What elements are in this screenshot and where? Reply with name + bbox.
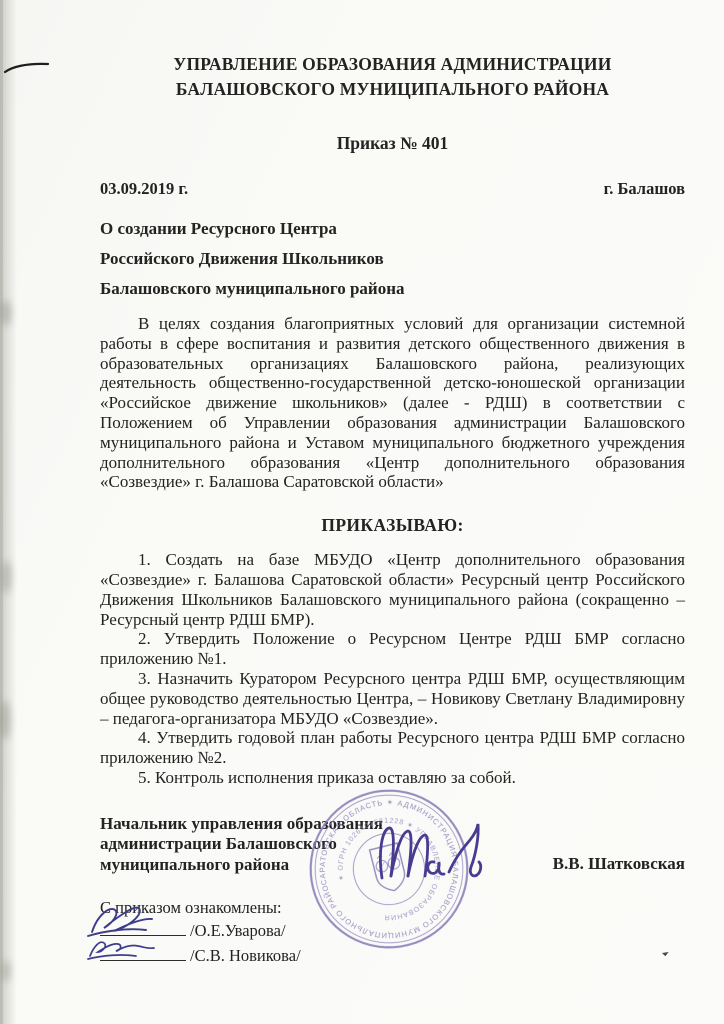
order-item-2: 2. Утвердить Положение о Ресурсном Центр… (100, 629, 685, 669)
scan-blotch (0, 700, 10, 740)
signer-name: В.В. Шатковская (553, 854, 685, 875)
date-row: 03.09.2019 г. г. Балашов (100, 178, 685, 200)
acknowledger-name: /С.В. Новикова/ (190, 946, 301, 965)
chief-signature (372, 810, 492, 902)
subject-line: Российского Движения Школьников (100, 244, 685, 274)
document-page: УПРАВЛЕНИЕ ОБРАЗОВАНИЯ АДМИНИСТРАЦИИ БАЛ… (0, 0, 724, 1024)
acknowledger-name: /О.Е.Уварова/ (190, 921, 286, 940)
scan-blotch (2, 960, 10, 982)
org-line-2: БАЛАШОВСКОГО МУНИЦИПАЛЬНОГО РАЙОНА (100, 77, 685, 102)
subject-line: Балашовского муниципального района (100, 274, 685, 304)
scan-edge-band (0, 0, 17, 1024)
pen-mark-artifact (2, 55, 54, 79)
document-city: г. Балашов (604, 178, 685, 200)
scan-blotch (2, 560, 11, 594)
preamble-paragraph: В целях создания благоприятных условий д… (100, 314, 685, 492)
scan-blotch (1, 300, 11, 326)
order-item-4: 4. Утвердить годовой план работы Ресурсн… (100, 728, 685, 768)
order-items: 1. Создать на базе МБУДО «Центр дополнит… (100, 550, 685, 788)
resolution-heading: ПРИКАЗЫВАЮ: (100, 514, 685, 536)
subject-block: О создании Ресурсного Центра Российского… (100, 214, 685, 304)
acknowledger-signature-2 (86, 930, 186, 966)
org-line-1: УПРАВЛЕНИЕ ОБРАЗОВАНИЯ АДМИНИСТРАЦИИ (100, 52, 685, 77)
document-title: Приказ № 401 (100, 132, 685, 154)
order-item-1: 1. Создать на базе МБУДО «Центр дополнит… (100, 550, 685, 629)
document-date: 03.09.2019 г. (100, 178, 188, 200)
order-item-3: 3. Назначить Куратором Ресурсного центра… (100, 669, 685, 728)
subject-line: О создании Ресурсного Центра (100, 214, 685, 244)
organization-header: УПРАВЛЕНИЕ ОБРАЗОВАНИЯ АДМИНИСТРАЦИИ БАЛ… (100, 52, 685, 102)
